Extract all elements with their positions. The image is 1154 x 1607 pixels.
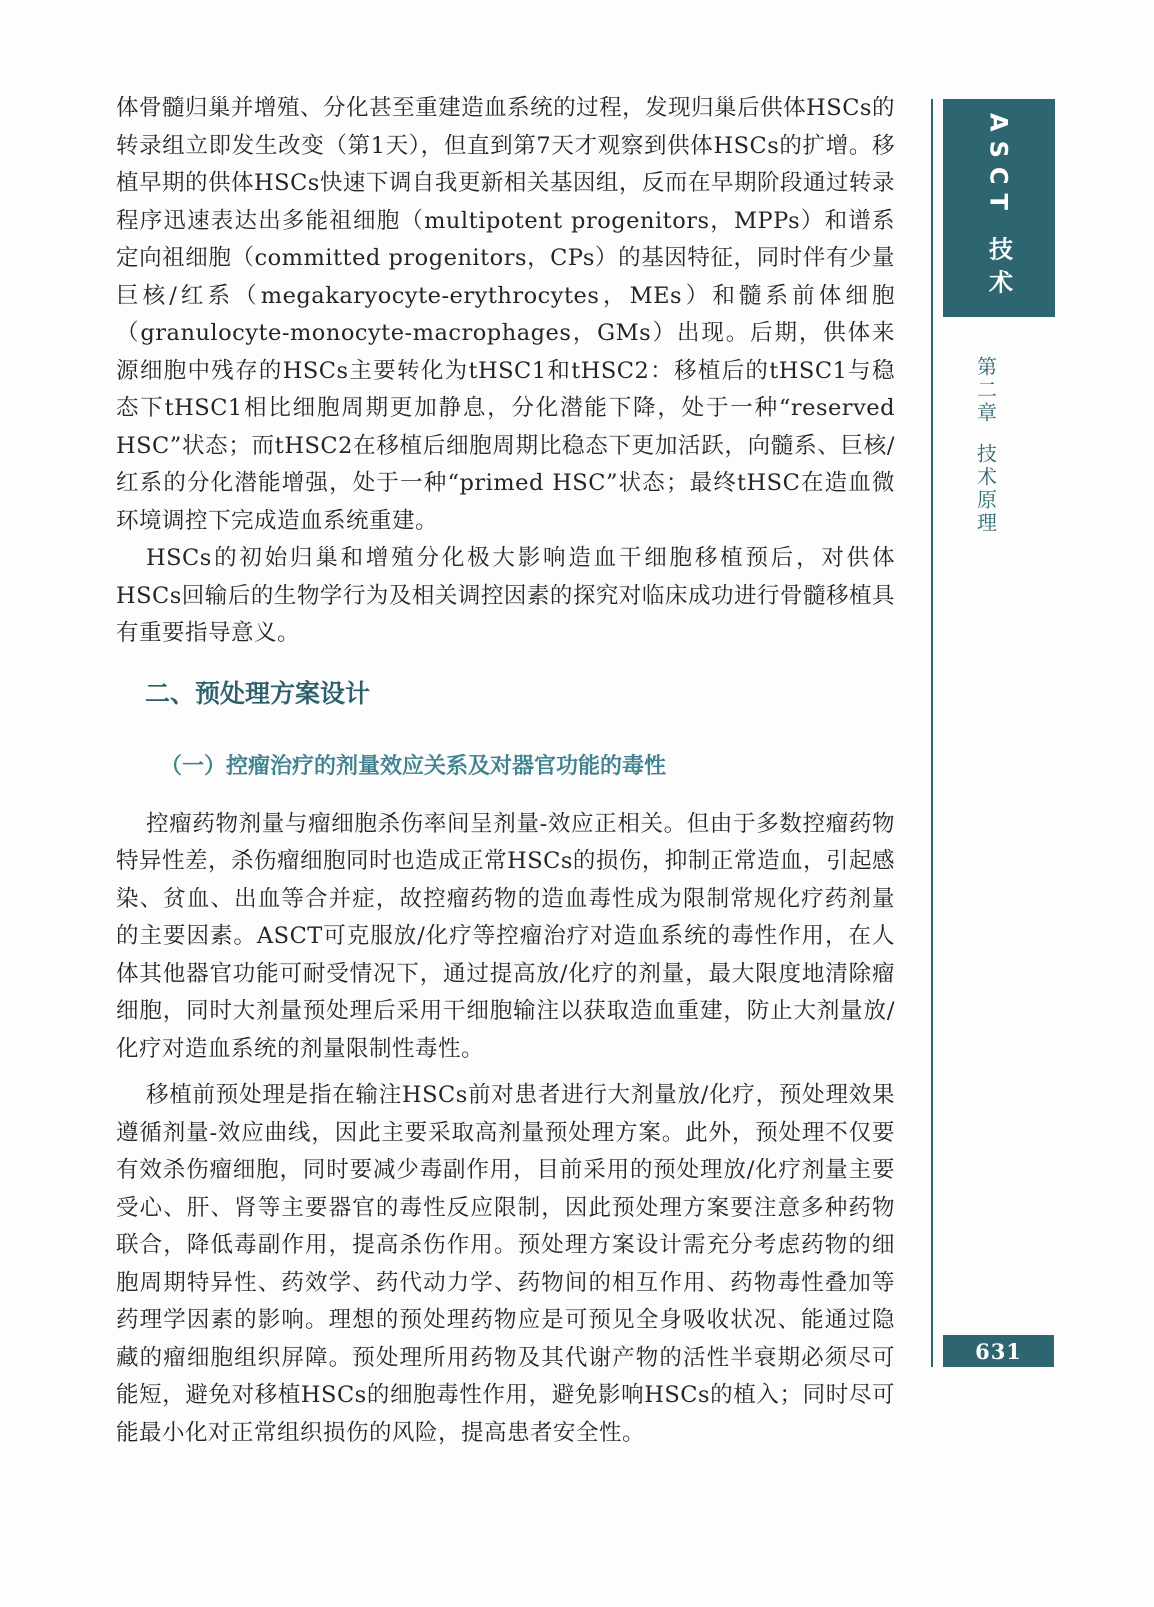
- body-paragraph: 控瘤药物剂量与瘤细胞杀伤率间呈剂量-效应正相关。但由于多数控瘤药物特异性差，杀伤…: [116, 806, 895, 1069]
- chapter-title: 技术原理: [972, 443, 1001, 535]
- body-paragraph: HSCs的初始归巢和增殖分化极大影响造血干细胞移植预后，对供体HSCs回输后的生…: [116, 540, 895, 653]
- chapter-number: 第二章: [972, 356, 1001, 425]
- chapter-marker: 第二章 技术原理: [960, 356, 1012, 535]
- book-title-tab: ASCT 技术: [943, 99, 1055, 317]
- section-heading: 二、预处理方案设计: [116, 676, 895, 712]
- main-text-column: 体骨髓归巢并增殖、分化甚至重建造血系统的过程，发现归巢后供体HSCs的转录组立即…: [116, 90, 895, 1452]
- sidebar-rule: [931, 99, 933, 1367]
- book-page: 体骨髓归巢并增殖、分化甚至重建造血系统的过程，发现归巢后供体HSCs的转录组立即…: [0, 0, 1154, 1607]
- page-number-tab: 631: [943, 1335, 1054, 1367]
- book-title: ASCT 技术: [982, 113, 1017, 302]
- body-paragraph-continuation: 体骨髓归巢并增殖、分化甚至重建造血系统的过程，发现归巢后供体HSCs的转录组立即…: [116, 90, 895, 540]
- body-paragraph: 移植前预处理是指在输注HSCs前对患者进行大剂量放/化疗，预处理效果遵循剂量-效…: [116, 1077, 895, 1452]
- subsection-heading: （一）控瘤治疗的剂量效应关系及对器官功能的毒性: [116, 751, 895, 783]
- page-number: 631: [975, 1339, 1022, 1364]
